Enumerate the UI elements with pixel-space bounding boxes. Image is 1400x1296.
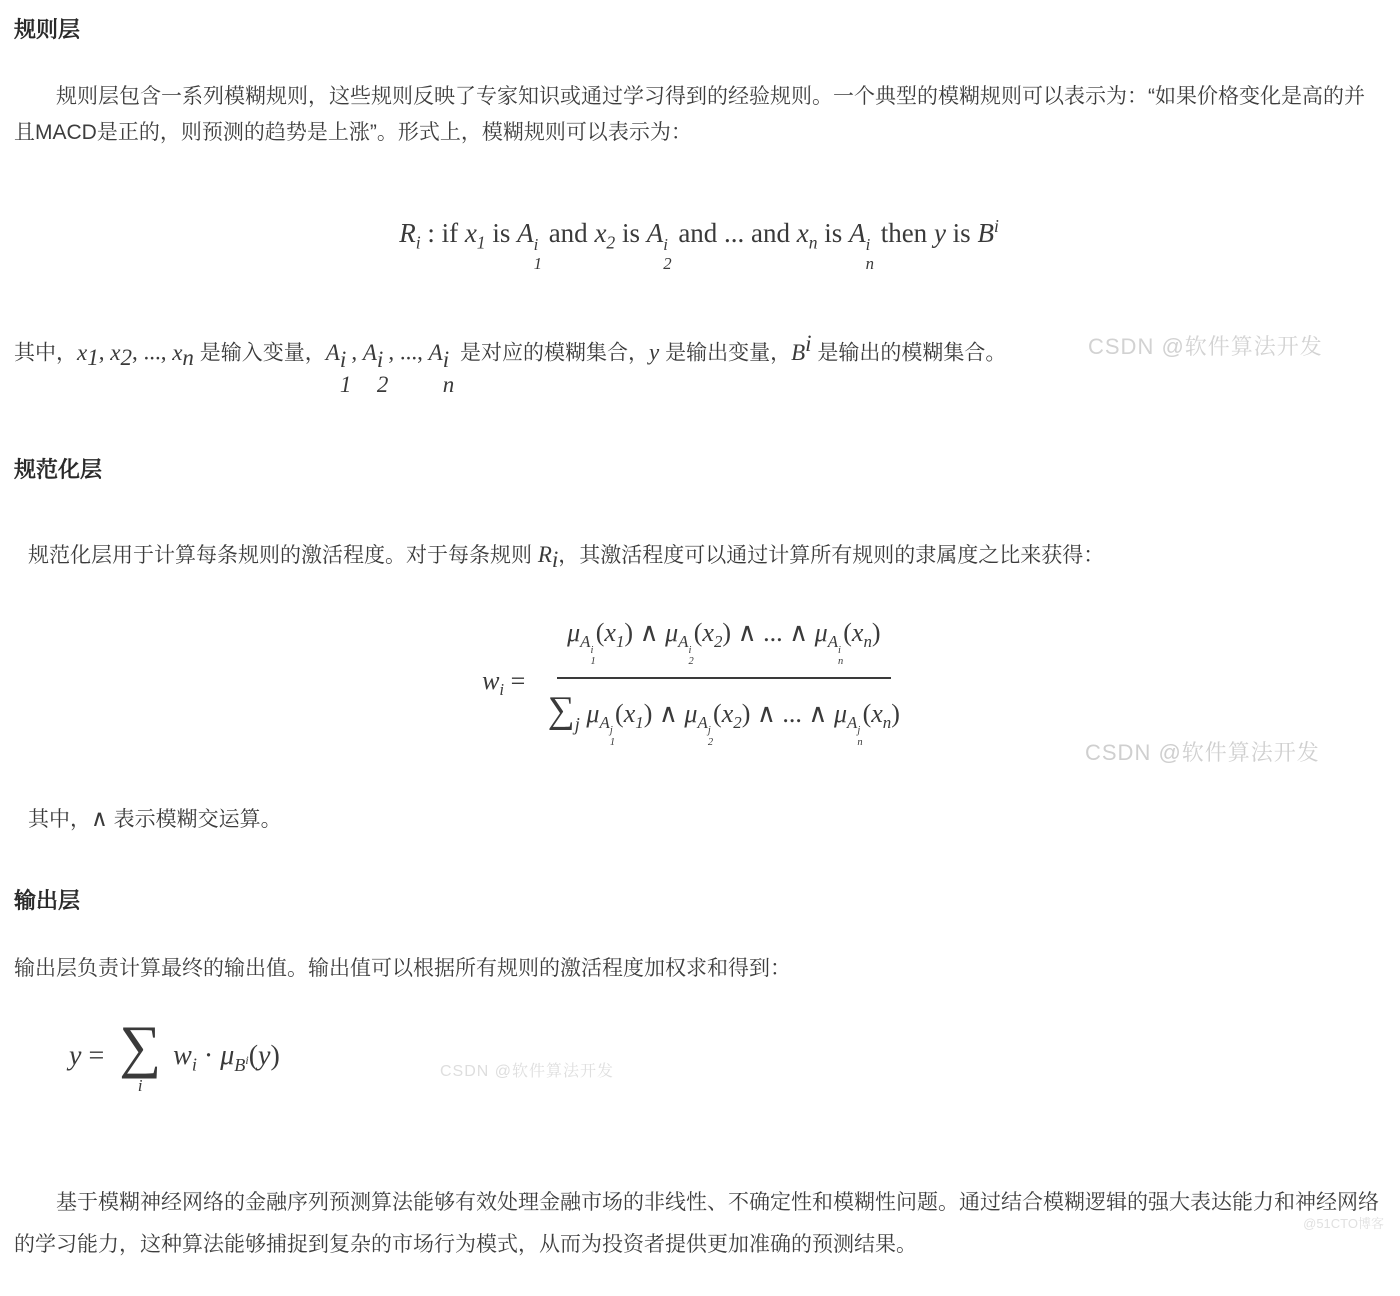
rule-variables-explanation: 其中，x1, x2, ..., xn 是输入变量，Ai1, Ai2, ..., … [14, 322, 1384, 398]
article-page: 规则层 规则层包含一系列模糊规则，这些规则反映了专家知识或通过学习得到的经验规则… [0, 0, 1400, 1296]
output-sum-formula: y = ∑iwi · μBi(y) [14, 1022, 1384, 1094]
fuzzy-rule-formula: Ri : if x1 is Ai1 and x2 is Ai2 and ... … [14, 216, 1384, 274]
rule-layer-paragraph: 规则层包含一系列模糊规则，这些规则反映了专家知识或通过学习得到的经验规则。一个典… [14, 79, 1384, 153]
normalization-paragraph: 规范化层用于计算每条规则的激活程度。对于每条规则 Ri，其激活程度可以通过计算所… [14, 533, 1384, 582]
output-layer-paragraph: 输出层负责计算最终的输出值。输出值可以根据所有规则的激活程度加权求和得到： [14, 951, 1384, 988]
activation-weight-formula: wi = μAi1(x1) ∧ μAi2(x2) ∧ ... ∧ μAin(xn… [14, 618, 1384, 749]
conclusion-paragraph: 基于模糊神经网络的金融序列预测算法能够有效处理金融市场的非线性、不确定性和模糊性… [14, 1182, 1384, 1266]
heading-output-layer: 输出层 [14, 887, 1384, 916]
heading-normalization-layer: 规范化层 [14, 456, 1384, 485]
fuzzy-intersection-note: 其中，∧ 表示模糊交运算。 [14, 797, 1384, 841]
heading-rule-layer: 规则层 [14, 16, 1384, 45]
